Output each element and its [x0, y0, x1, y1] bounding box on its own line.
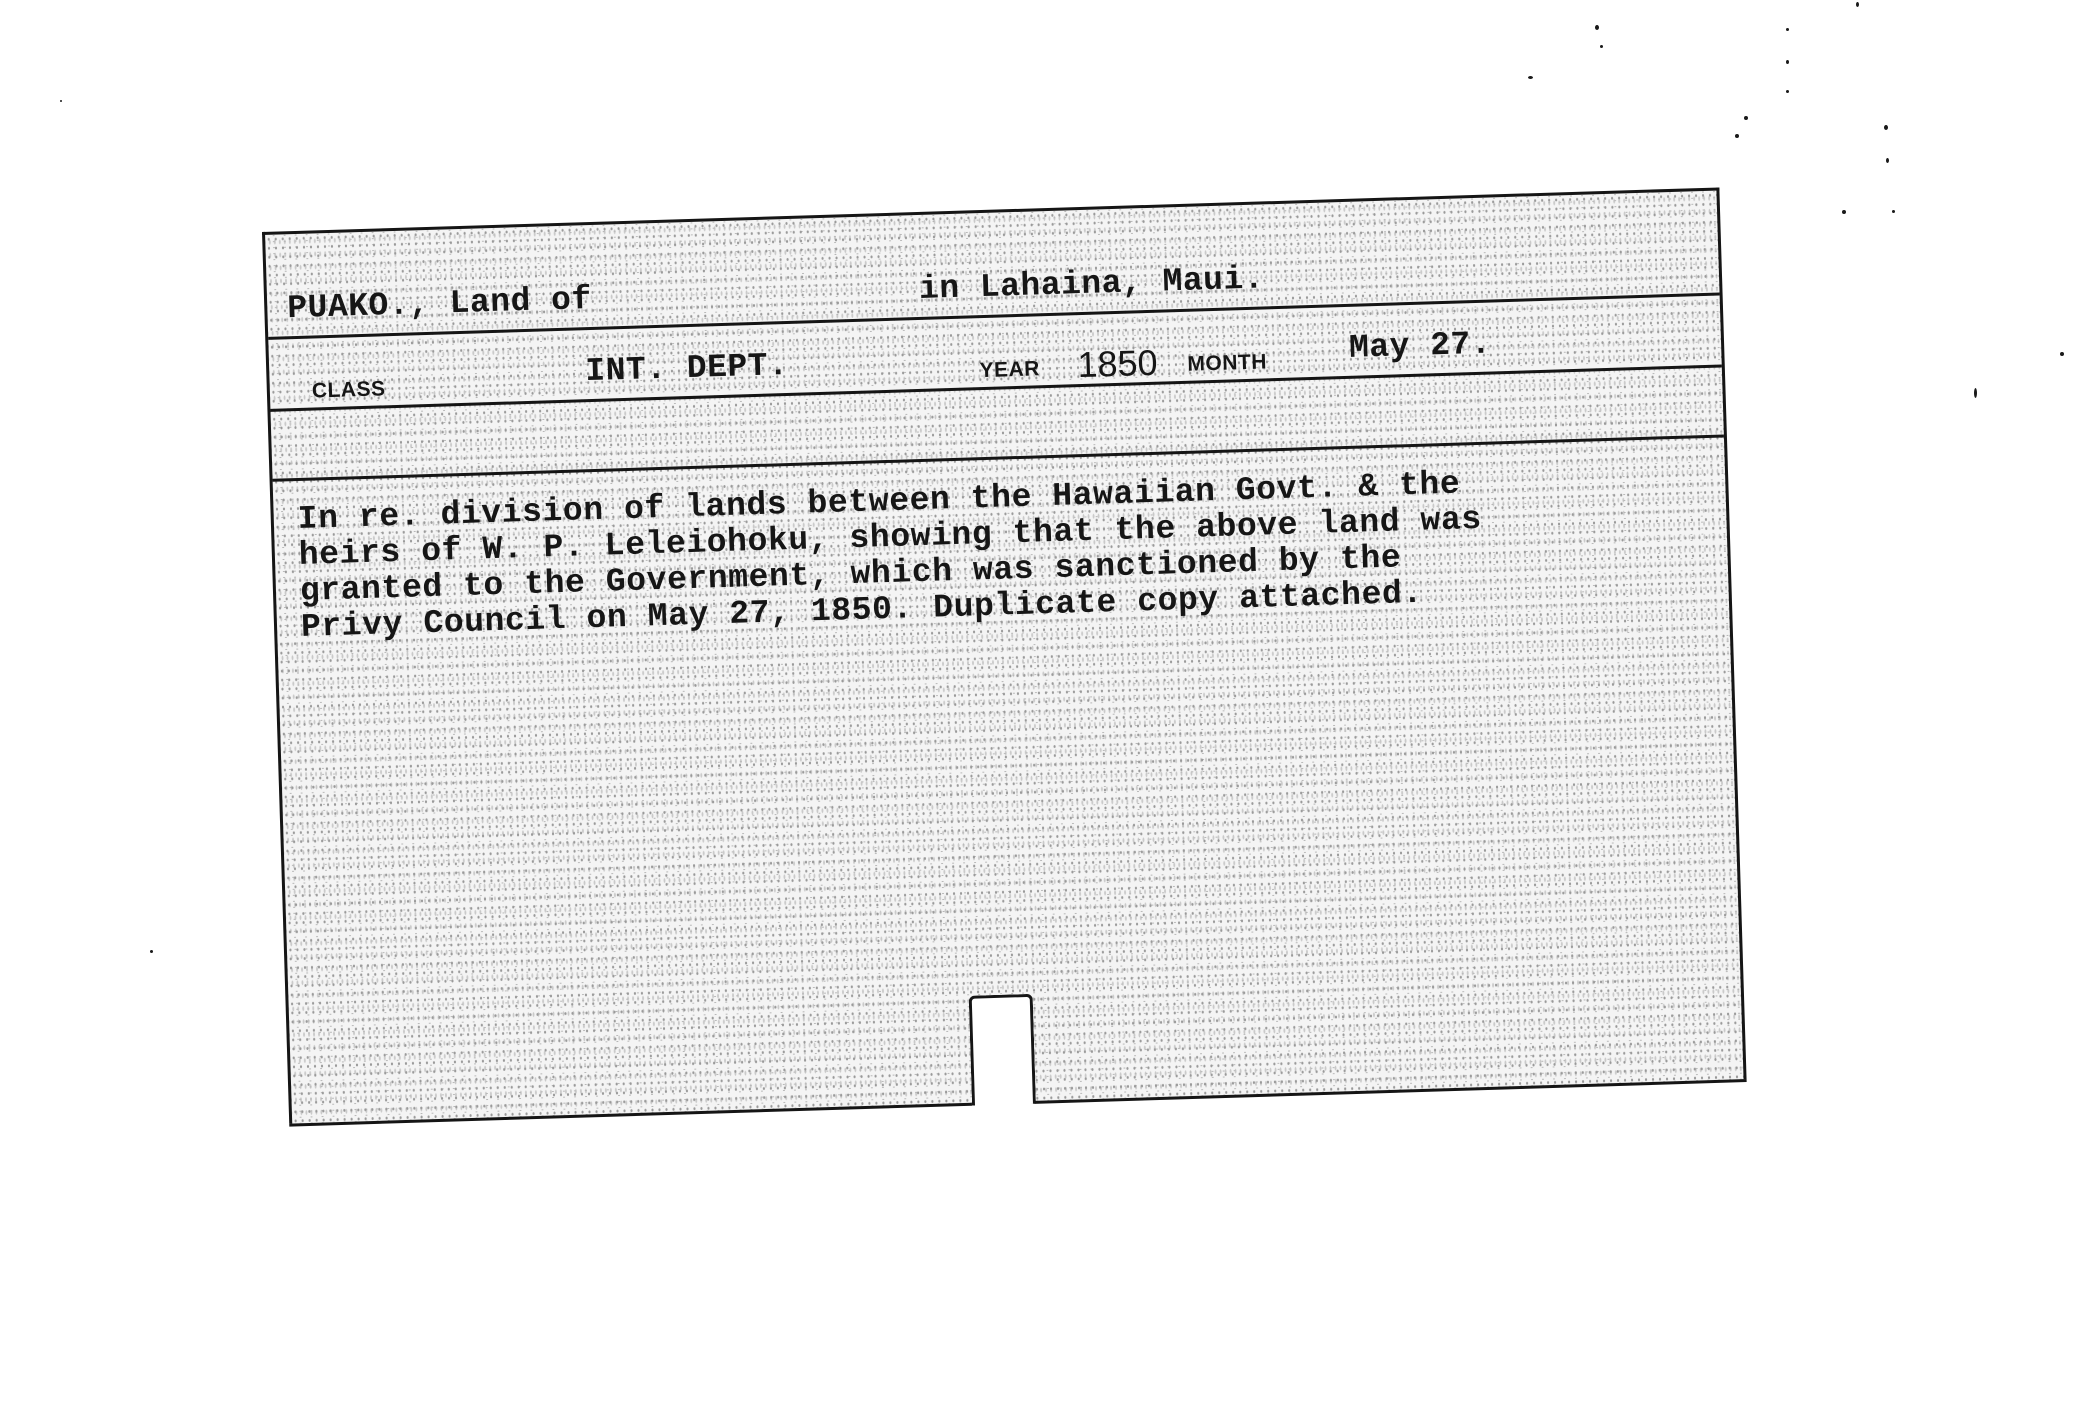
scan-speck	[1744, 116, 1748, 120]
month-label: MONTH	[1187, 350, 1267, 376]
scan-speck	[1786, 60, 1789, 64]
scan-speck	[1595, 25, 1599, 30]
card-bottom-edge	[289, 1103, 972, 1127]
land-record-card: PUAKO., Land of in Lahaina, Maui. CLASS …	[262, 187, 1747, 1123]
scan-speck	[1528, 76, 1533, 79]
record-description: In re. division of lands between the Haw…	[297, 459, 1701, 646]
scan-speck	[150, 950, 153, 953]
year-value: 1850	[1077, 342, 1158, 386]
class-value: INT. DEPT.	[585, 347, 789, 390]
scan-speck	[1884, 125, 1888, 130]
month-value: May 27.	[1348, 326, 1491, 367]
class-label: CLASS	[312, 377, 386, 403]
card-bottom-edge	[1034, 1079, 1747, 1104]
land-name: PUAKO., Land of	[287, 281, 593, 327]
scan-speck	[60, 100, 62, 102]
land-location: in Lahaina, Maui.	[918, 260, 1264, 308]
scan-speck	[1856, 2, 1859, 7]
scan-speck	[1892, 210, 1895, 213]
scan-speck	[1600, 45, 1603, 48]
scan-speck	[1786, 28, 1789, 31]
scan-speck	[1886, 158, 1889, 163]
year-label: YEAR	[979, 357, 1040, 383]
scan-speck	[1974, 388, 1977, 398]
filing-rod-notch	[969, 994, 1036, 1106]
scan-speck	[1786, 90, 1789, 93]
scan-speck	[1735, 134, 1739, 138]
scan-speck	[2060, 352, 2064, 356]
scan-speck	[1842, 210, 1846, 214]
